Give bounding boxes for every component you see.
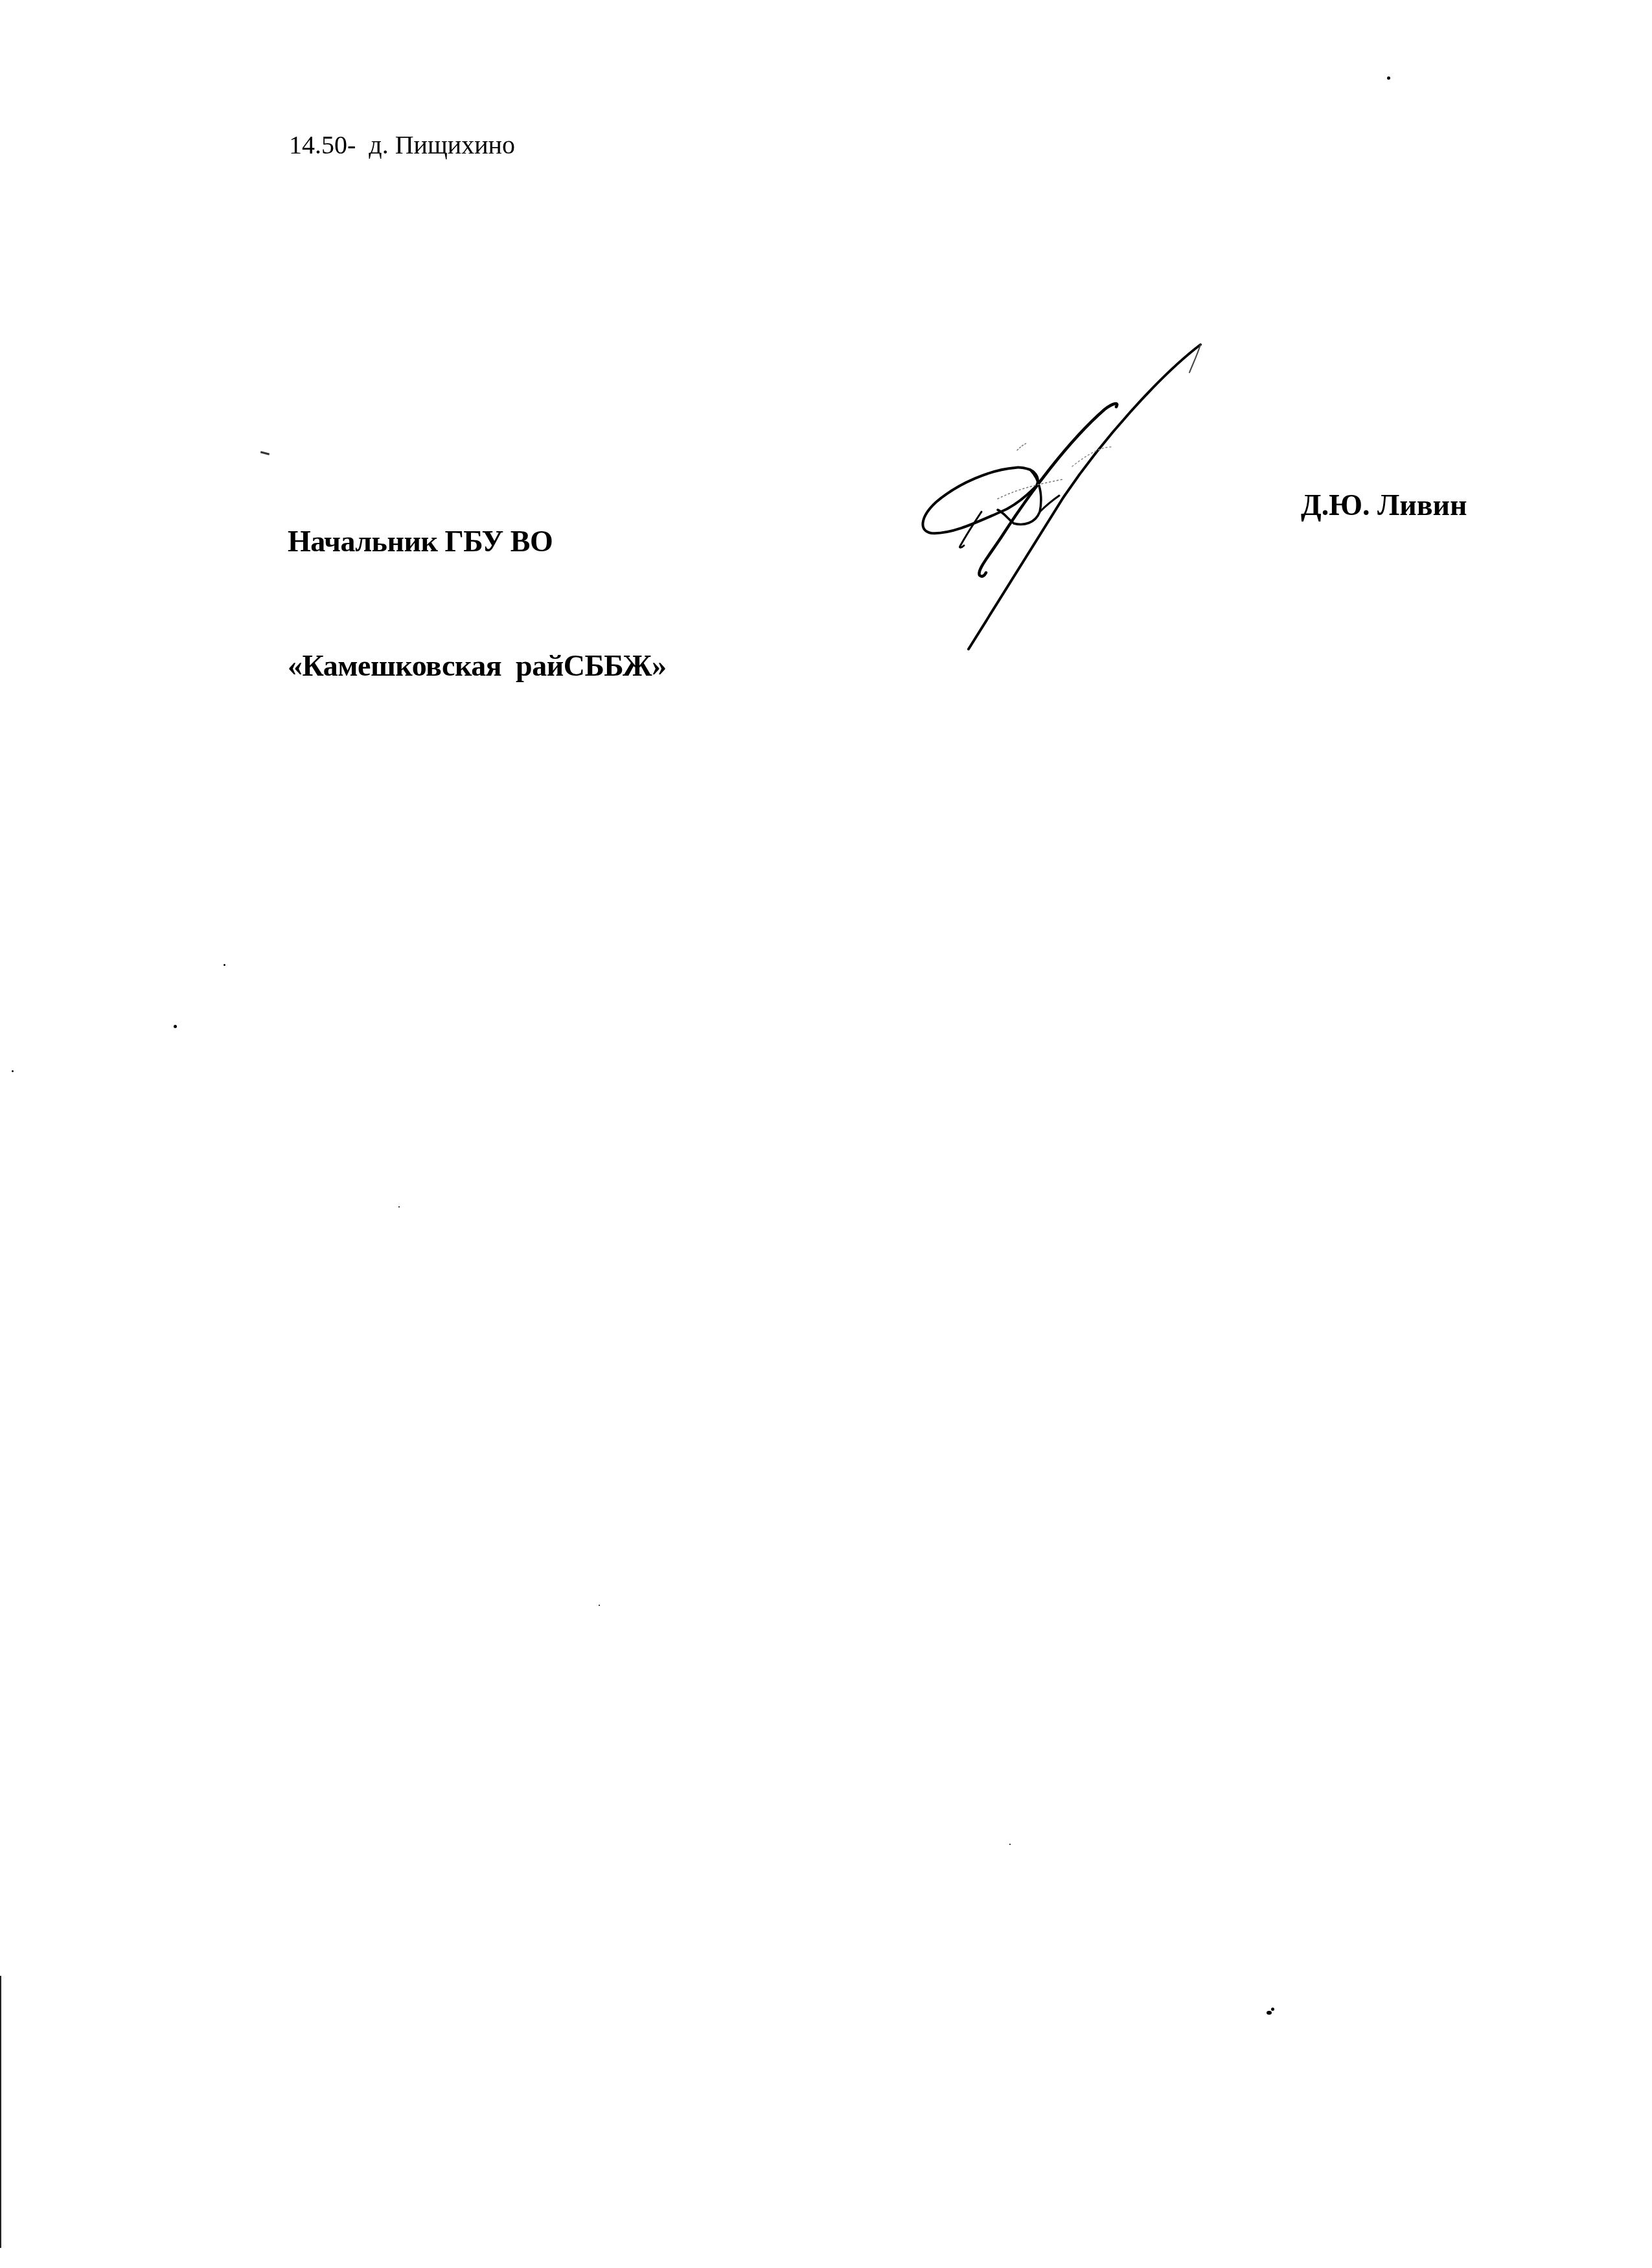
schedule-time: 14.50- <box>289 130 356 159</box>
handwritten-signature <box>0 0 1652 2268</box>
scan-speck <box>398 1206 400 1208</box>
scan-speck <box>1009 1844 1011 1845</box>
signer-position: Начальник ГБУ ВО «Камешковская райСББЖ» <box>288 438 667 770</box>
position-title: Начальник ГБУ ВО <box>288 521 667 562</box>
document-page: 14.50- д. Пищихино Начальник ГБУ ВО «Кам… <box>0 0 1652 2268</box>
scan-speck <box>12 1070 14 1072</box>
scan-speck <box>224 964 225 966</box>
scan-speck <box>1387 76 1390 80</box>
scan-mark <box>260 451 270 455</box>
scan-speck <box>174 1025 177 1028</box>
scan-speck <box>1267 2011 1272 2015</box>
scan-speck <box>1271 2008 1274 2011</box>
organization-name: «Камешковская райСББЖ» <box>288 645 667 687</box>
signer-name: Д.Ю. Ливин <box>1301 487 1467 523</box>
scan-edge <box>0 1976 1 2248</box>
scan-speck <box>599 1605 600 1606</box>
schedule-entry: 14.50- д. Пищихино <box>289 130 515 161</box>
schedule-place: д. Пищихино <box>369 130 515 159</box>
